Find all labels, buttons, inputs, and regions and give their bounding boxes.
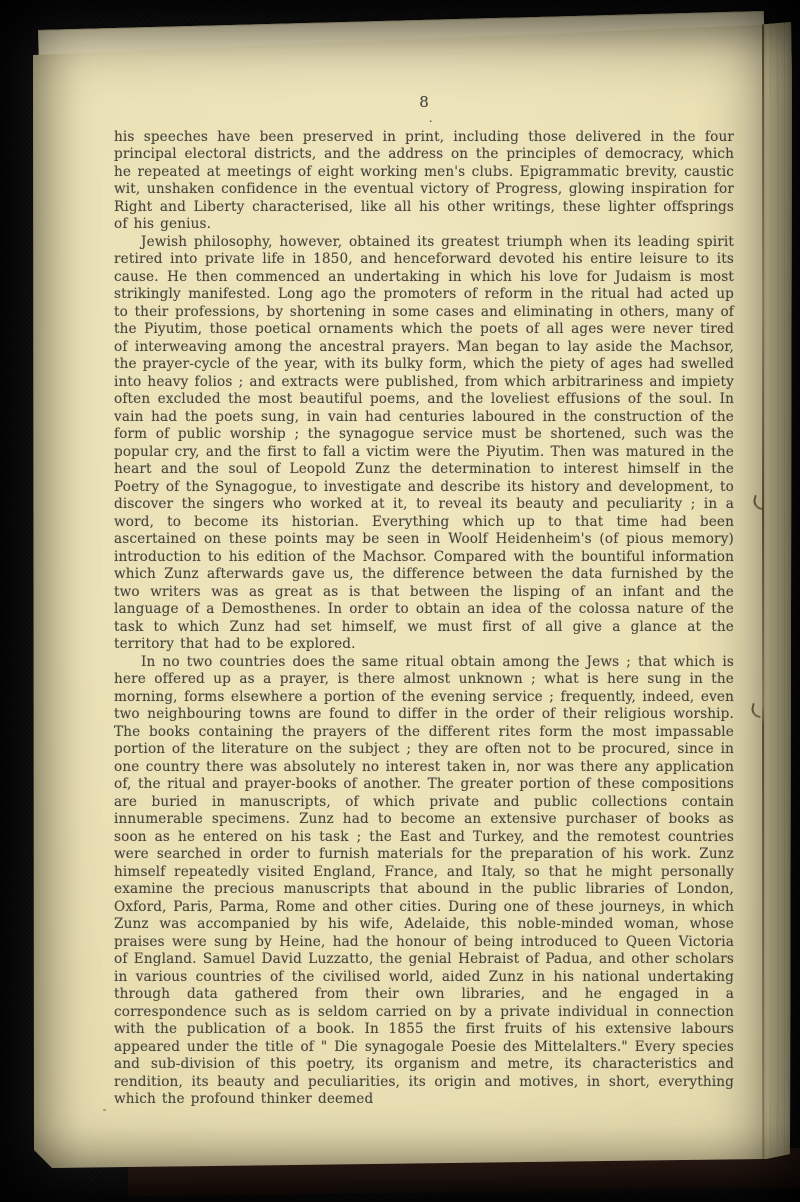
paragraph-3: In no two countries does the same ritual… [114, 654, 734, 1109]
page-fold-line [762, 20, 764, 1160]
page-text-block: 8 . his speeches have been preserved in … [114, 94, 734, 1109]
page-block-edge [763, 18, 794, 1170]
page-number-dot: . [429, 113, 433, 124]
paragraph-1: his speeches have been preserved in prin… [114, 129, 734, 234]
book-page: 8 . his speeches have been preserved in … [26, 18, 794, 1170]
paragraph-2: Jewish philosophy, however, obtained its… [114, 234, 734, 654]
paper-blemish [103, 1109, 106, 1111]
page-number-row: 8 . [114, 94, 734, 112]
page-number: 8 [419, 93, 429, 111]
photo-background: 8 . his speeches have been preserved in … [0, 0, 800, 1202]
